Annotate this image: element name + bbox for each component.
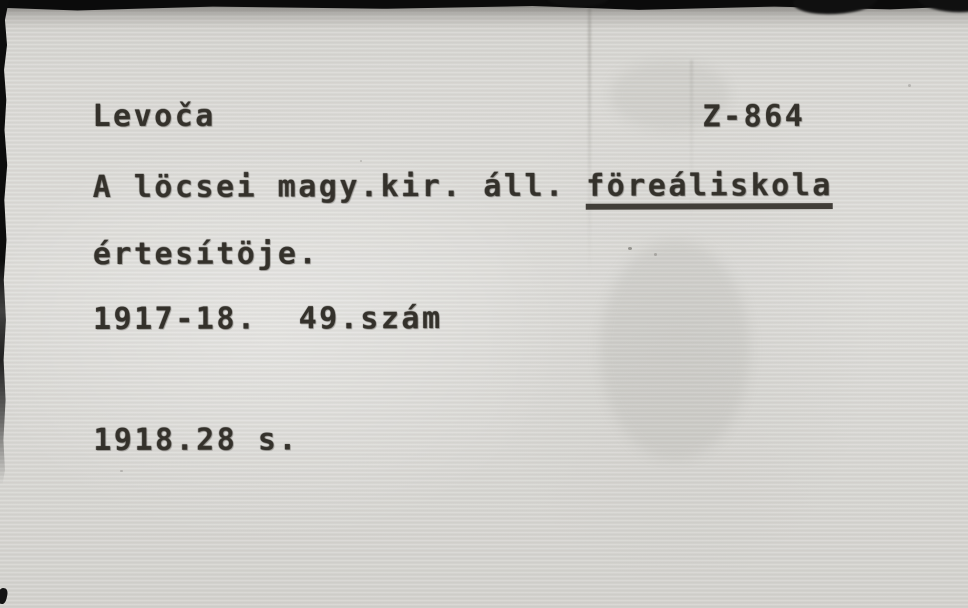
catalog-card-scan: Levoča Z-864 A löcsei magy.kir. áll. för… — [0, 0, 968, 608]
heading-place-name: Levoča — [92, 100, 215, 133]
paper-speck — [628, 247, 632, 250]
volume-line: 1917-18. 49.szám — [93, 302, 443, 336]
collation-line: 1918.28 s. — [93, 423, 299, 457]
title-underlined-word: föreáliskola — [586, 168, 833, 210]
paper-speck — [908, 84, 911, 87]
typewritten-text-block: Levoča Z-864 A löcsei magy.kir. áll. för… — [0, 0, 968, 608]
title-line: A löcsei magy.kir. áll. föreáliskola — [93, 169, 833, 204]
title-prefix: A löcsei magy.kir. áll. — [93, 169, 587, 205]
call-number: Z-864 — [702, 100, 805, 133]
paper-speck — [120, 470, 123, 472]
paper-speck — [654, 253, 657, 256]
title-continuation: értesítöje. — [93, 237, 319, 271]
paper-speck — [360, 160, 362, 162]
